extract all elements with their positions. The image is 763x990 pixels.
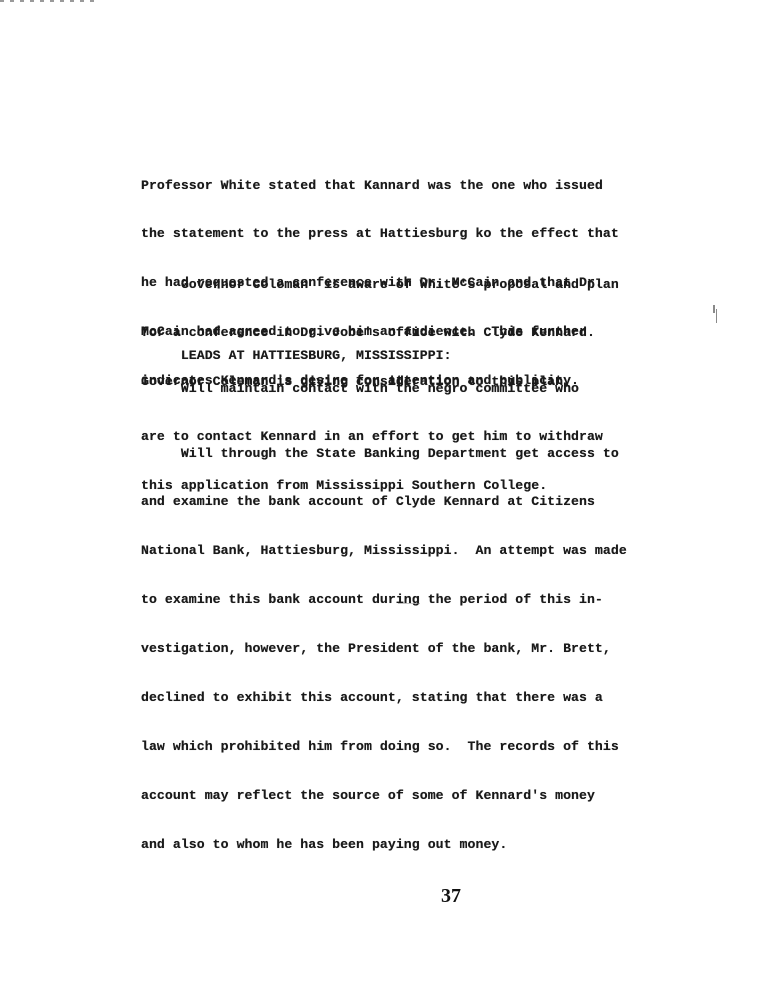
text-line: Will maintain contact with the negro com… [141, 381, 603, 397]
text-line: Governor Coleman is aware of White's pro… [141, 277, 619, 293]
text-line: Will through the State Banking Departmen… [141, 446, 627, 462]
text-line: to examine this bank account during the … [141, 592, 627, 608]
text-line: vestigation, however, the President of t… [141, 641, 627, 657]
scan-speck [398, 603, 420, 604]
text-line: National Bank, Hattiesburg, Mississippi.… [141, 543, 627, 559]
scan-edge-marks [0, 0, 100, 2]
scan-speck [716, 309, 717, 323]
paragraph-bank-account: Will through the State Banking Departmen… [141, 413, 627, 886]
scan-speck [713, 305, 715, 313]
text-line: account may reflect the source of some o… [141, 788, 627, 804]
text-line: Professor White stated that Kannard was … [141, 178, 619, 194]
text-line: and examine the bank account of Clyde Ke… [141, 494, 627, 510]
text-line: law which prohibited him from doing so. … [141, 739, 627, 755]
text-line: and also to whom he has been paying out … [141, 837, 627, 853]
page-number: 37 [441, 885, 461, 908]
text-line: the statement to the press at Hattiesbur… [141, 226, 619, 242]
text-line: declined to exhibit this account, statin… [141, 690, 627, 706]
